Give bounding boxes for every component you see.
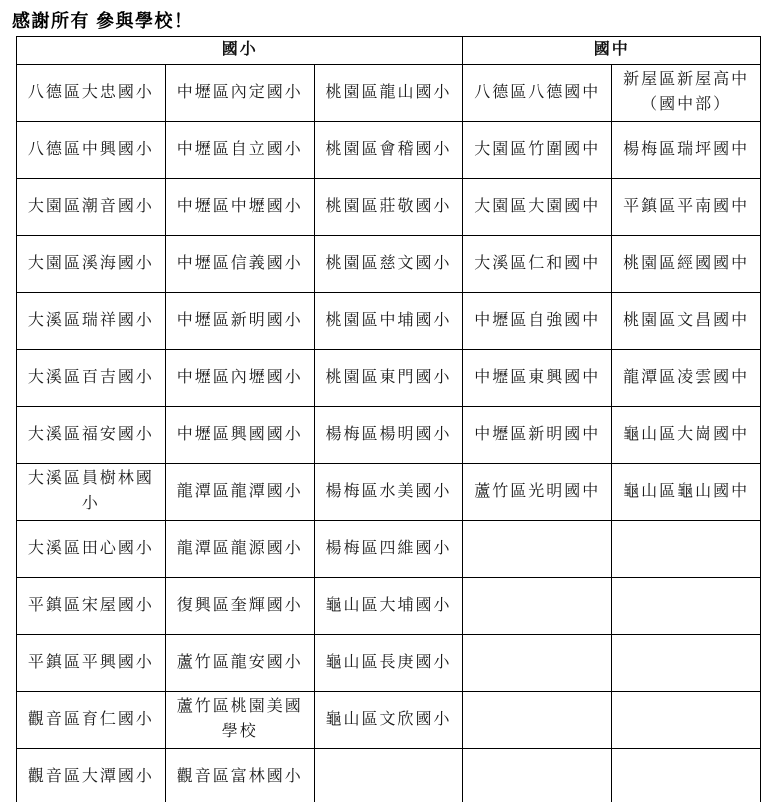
table-cell: 中壢區新明國小 xyxy=(165,293,314,350)
header-elementary-schools: 國小 xyxy=(17,37,463,65)
table-cell: 龍潭區龍潭國小 xyxy=(165,464,314,521)
table-cell: 觀音區富林國小 xyxy=(165,749,314,802)
table-cell: 中壢區東興國中 xyxy=(463,350,612,407)
table-row: 大溪區瑞祥國小 中壢區新明國小 桃園區中埔國小 中壢區自強國中 桃園區文昌國中 xyxy=(17,293,761,350)
table-cell xyxy=(314,749,463,802)
table-cell: 龍潭區龍源國小 xyxy=(165,521,314,578)
table-cell: 桃園區中埔國小 xyxy=(314,293,463,350)
table-cell: 龍潭區凌雲國中 xyxy=(612,350,761,407)
table-row: 大溪區福安國小 中壢區興國國小 楊梅區楊明國小 中壢區新明國中 龜山區大崗國中 xyxy=(17,407,761,464)
table-cell xyxy=(463,521,612,578)
table-cell: 桃園區會稽國小 xyxy=(314,122,463,179)
table-cell: 中壢區興國國小 xyxy=(165,407,314,464)
table-cell: 中壢區新明國中 xyxy=(463,407,612,464)
table-cell: 新屋區新屋高中（國中部） xyxy=(612,65,761,122)
table-row: 觀音區育仁國小 蘆竹區桃園美國學校 龜山區文欣國小 xyxy=(17,692,761,749)
table-cell: 平鎮區平興國小 xyxy=(17,635,166,692)
table-cell: 龜山區長庚國小 xyxy=(314,635,463,692)
table-cell: 大溪區田心國小 xyxy=(17,521,166,578)
table-cell: 楊梅區瑞坪國中 xyxy=(612,122,761,179)
table-cell xyxy=(463,578,612,635)
table-cell xyxy=(463,692,612,749)
table-cell: 龜山區大崗國中 xyxy=(612,407,761,464)
table-row: 大園區溪海國小 中壢區信義國小 桃園區慈文國小 大溪區仁和國中 桃園區經國國中 xyxy=(17,236,761,293)
table-cell xyxy=(463,749,612,802)
table-cell: 中壢區中壢國小 xyxy=(165,179,314,236)
page-title: 感謝所有 參與學校！ xyxy=(12,7,775,33)
table-cell: 復興區奎輝國小 xyxy=(165,578,314,635)
table-cell: 桃園區慈文國小 xyxy=(314,236,463,293)
table-cell: 中壢區信義國小 xyxy=(165,236,314,293)
table-cell: 蘆竹區桃園美國學校 xyxy=(165,692,314,749)
table-cell: 桃園區東門國小 xyxy=(314,350,463,407)
table-cell: 大園區竹圍國中 xyxy=(463,122,612,179)
table-row: 大溪區員樹林國小 龍潭區龍潭國小 楊梅區水美國小 蘆竹區光明國中 龜山區龜山國中 xyxy=(17,464,761,521)
table-row: 八德區大忠國小 中壢區內定國小 桃園區龍山國小 八德區八德國中 新屋區新屋高中（… xyxy=(17,65,761,122)
table-cell: 大溪區瑞祥國小 xyxy=(17,293,166,350)
table-cell: 蘆竹區龍安國小 xyxy=(165,635,314,692)
table-row: 大園區潮音國小 中壢區中壢國小 桃園區莊敬國小 大園區大園國中 平鎮區平南國中 xyxy=(17,179,761,236)
table-cell: 大園區潮音國小 xyxy=(17,179,166,236)
table-cell xyxy=(612,521,761,578)
table-cell: 觀音區大潭國小 xyxy=(17,749,166,802)
schools-table: 國小 國中 八德區大忠國小 中壢區內定國小 桃園區龍山國小 八德區八德國中 新屋… xyxy=(16,36,761,802)
table-cell: 大園區大園國中 xyxy=(463,179,612,236)
table-cell: 中壢區自立國小 xyxy=(165,122,314,179)
table-cell: 楊梅區楊明國小 xyxy=(314,407,463,464)
table-cell xyxy=(612,578,761,635)
table-cell: 平鎮區平南國中 xyxy=(612,179,761,236)
table-cell: 大溪區員樹林國小 xyxy=(17,464,166,521)
table-cell: 龜山區大埔國小 xyxy=(314,578,463,635)
table-cell: 中壢區內壢國小 xyxy=(165,350,314,407)
table-cell: 桃園區龍山國小 xyxy=(314,65,463,122)
table-cell: 平鎮區宋屋國小 xyxy=(17,578,166,635)
table-row: 平鎮區宋屋國小 復興區奎輝國小 龜山區大埔國小 xyxy=(17,578,761,635)
table-row: 大溪區百吉國小 中壢區內壢國小 桃園區東門國小 中壢區東興國中 龍潭區凌雲國中 xyxy=(17,350,761,407)
table-cell: 楊梅區水美國小 xyxy=(314,464,463,521)
table-cell: 龜山區龜山國中 xyxy=(612,464,761,521)
table-row: 平鎮區平興國小 蘆竹區龍安國小 龜山區長庚國小 xyxy=(17,635,761,692)
table-cell: 龜山區文欣國小 xyxy=(314,692,463,749)
document-page: 感謝所有 參與學校！ 國小 國中 八德區大忠國小 中壢區內定國小 桃園區龍山國小… xyxy=(0,0,775,802)
table-row: 八德區中興國小 中壢區自立國小 桃園區會稽國小 大園區竹圍國中 楊梅區瑞坪國中 xyxy=(17,122,761,179)
table-cell: 八德區中興國小 xyxy=(17,122,166,179)
table-cell: 大園區溪海國小 xyxy=(17,236,166,293)
table-cell: 蘆竹區光明國中 xyxy=(463,464,612,521)
table-row: 觀音區大潭國小 觀音區富林國小 xyxy=(17,749,761,802)
table-cell: 大溪區仁和國中 xyxy=(463,236,612,293)
table-cell: 觀音區育仁國小 xyxy=(17,692,166,749)
header-junior-high-schools: 國中 xyxy=(463,37,761,65)
table-cell: 桃園區經國國中 xyxy=(612,236,761,293)
table-cell xyxy=(612,635,761,692)
table-cell: 大溪區百吉國小 xyxy=(17,350,166,407)
table-header-row: 國小 國中 xyxy=(17,37,761,65)
table-cell: 桃園區文昌國中 xyxy=(612,293,761,350)
table-cell xyxy=(612,749,761,802)
table-cell: 楊梅區四維國小 xyxy=(314,521,463,578)
table-cell: 桃園區莊敬國小 xyxy=(314,179,463,236)
table-cell: 八德區八德國中 xyxy=(463,65,612,122)
table-cell: 八德區大忠國小 xyxy=(17,65,166,122)
table-cell xyxy=(463,635,612,692)
table-cell: 中壢區自強國中 xyxy=(463,293,612,350)
table-cell: 中壢區內定國小 xyxy=(165,65,314,122)
table-cell xyxy=(612,692,761,749)
table-row: 大溪區田心國小 龍潭區龍源國小 楊梅區四維國小 xyxy=(17,521,761,578)
table-cell: 大溪區福安國小 xyxy=(17,407,166,464)
